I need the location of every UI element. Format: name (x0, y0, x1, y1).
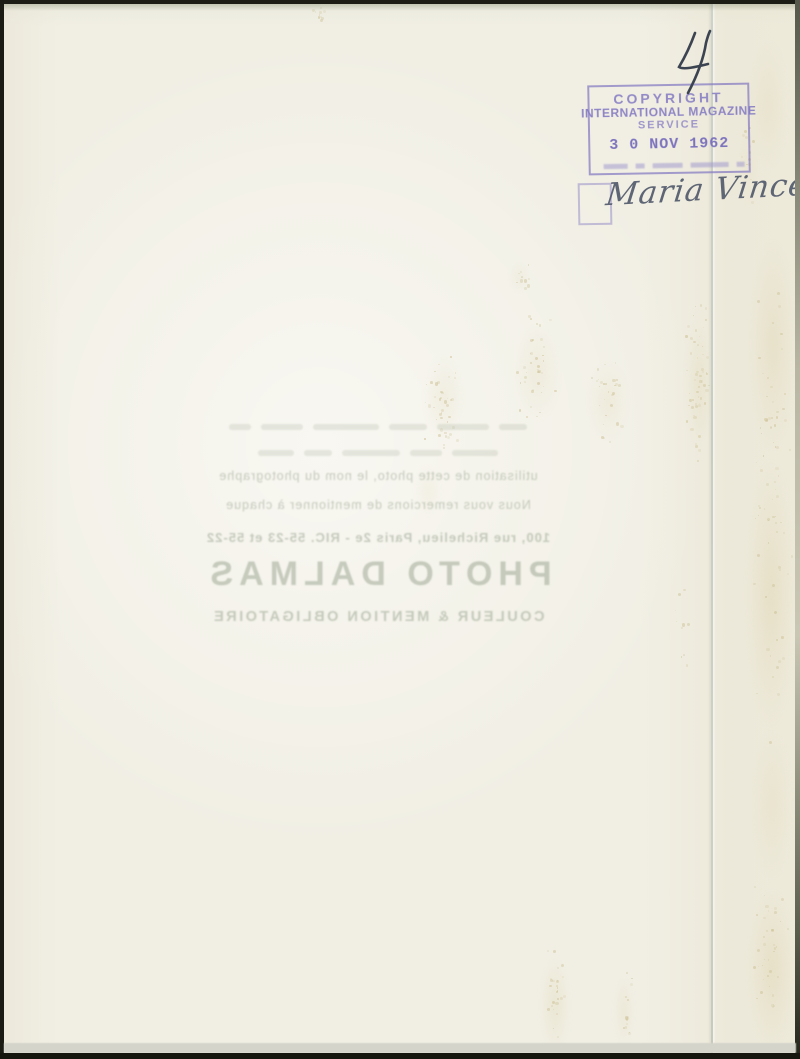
foxing-speckle (776, 446, 779, 449)
foxing-speckle (695, 329, 697, 331)
foxing-speckle (756, 998, 757, 999)
foxing-speckle (757, 554, 760, 557)
foxing-speckle (758, 966, 759, 967)
foxing-speckle (315, 11, 317, 13)
foxing-speckle (771, 929, 774, 932)
foxing-speckle (524, 381, 526, 383)
foxing-speckle (705, 307, 708, 310)
foxing-speckle (760, 427, 761, 428)
foxing-speckle (556, 991, 558, 993)
foxing-speckle (532, 339, 534, 341)
foxing-speckle (768, 417, 771, 420)
foxing-speckle (553, 950, 556, 953)
foxing-speckle (615, 362, 616, 363)
foxing-speckle (776, 666, 779, 669)
foxing-speckle (706, 372, 708, 374)
foxing-speckle (753, 966, 756, 969)
foxing-speckle (699, 380, 702, 383)
foxing-speckle (551, 1005, 552, 1006)
foxing-speckle (698, 435, 701, 438)
foxing-stain (614, 975, 634, 1047)
foxing-speckle (772, 584, 775, 587)
foxing-speckle (530, 318, 532, 320)
foxing-speckle (623, 1027, 625, 1029)
foxing-speckle (754, 886, 756, 888)
foxing-speckle (695, 306, 696, 307)
foxing-speckle (540, 338, 543, 341)
foxing-speckle (775, 522, 777, 524)
copyright-stamp: COPYRIGHT INTERNATIONAL MAGAZINE SERVICE… (587, 83, 751, 176)
foxing-speckle (757, 949, 760, 952)
foxing-speckle (693, 315, 695, 317)
foxing-speckle (770, 426, 772, 428)
foxing-speckle (596, 380, 598, 382)
foxing-speckle (528, 315, 530, 317)
foxing-speckle (553, 1028, 554, 1029)
foxing-speckle (756, 693, 758, 695)
foxing-speckle (767, 377, 769, 379)
foxing-speckle (693, 341, 696, 344)
foxing-speckle (690, 428, 693, 431)
foxing-speckle (770, 427, 772, 429)
foxing-speckle (530, 362, 532, 364)
foxing-stain (750, 240, 796, 450)
foxing-speckle (434, 371, 436, 373)
foxing-speckle (777, 976, 779, 978)
foxing-speckle (763, 936, 765, 938)
foxing-speckle (698, 449, 700, 451)
foxing-speckle (780, 522, 782, 524)
foxing-speckle (626, 1019, 628, 1021)
foxing-speckle (776, 495, 779, 498)
foxing-speckle (691, 406, 694, 409)
foxing-speckle (609, 441, 611, 443)
foxing-speckle (611, 394, 613, 396)
stamp-footer-segment (652, 163, 682, 169)
foxing-speckle (614, 385, 616, 387)
foxing-speckle (698, 396, 699, 397)
foxing-speckle (689, 399, 691, 401)
foxing-speckle (771, 417, 773, 419)
foxing-speckle (770, 386, 773, 389)
scan-border-top-shadow (0, 4, 800, 11)
foxing-speckle (752, 140, 755, 143)
foxing-speckle (764, 508, 765, 509)
foxing-speckle (626, 1023, 628, 1025)
foxing-speckle (537, 371, 540, 374)
foxing-speckle (553, 1009, 554, 1010)
foxing-speckle (701, 380, 704, 383)
foxing-speckle (435, 382, 438, 385)
foxing-speckle (450, 399, 452, 401)
foxing-speckle (530, 339, 533, 342)
foxing-speckle (320, 19, 323, 22)
foxing-speckle (543, 386, 544, 387)
foxing-speckle (704, 402, 707, 405)
foxing-speckle (591, 377, 593, 379)
photo-verso-scan: utilisation de cette photo, le nom du ph… (0, 0, 800, 1059)
foxing-speckle (537, 382, 540, 385)
foxing-speckle (775, 467, 778, 470)
foxing-speckle (771, 929, 774, 932)
foxing-speckle (771, 1004, 774, 1007)
foxing-speckle (451, 398, 454, 401)
foxing-speckle (769, 970, 772, 973)
stamp-line-service: SERVICE (590, 118, 748, 133)
foxing-speckle (705, 389, 708, 392)
foxing-speckle (773, 1005, 776, 1008)
foxing-speckle (681, 656, 683, 658)
foxing-speckle (695, 403, 697, 405)
foxing-speckle (543, 360, 545, 362)
show-through-line (200, 418, 556, 436)
foxing-speckle (695, 405, 698, 408)
scan-bottom-shadow-band (4, 1043, 796, 1053)
foxing-speckle (528, 278, 530, 280)
foxing-speckle (699, 375, 702, 378)
foxing-speckle (780, 333, 782, 335)
foxing-speckle (776, 416, 779, 419)
foxing-speckle (759, 507, 761, 509)
foxing-speckle (536, 323, 538, 325)
foxing-speckle (450, 356, 451, 357)
show-through-line: Nous vous remercions de mentionner à cha… (200, 498, 556, 512)
foxing-stain (510, 262, 528, 292)
foxing-speckle (780, 921, 781, 922)
foxing-speckle (778, 660, 781, 663)
foxing-speckle (705, 319, 707, 321)
foxing-speckle (537, 369, 539, 371)
foxing-stain (540, 955, 570, 1055)
foxing-speckle (603, 383, 605, 385)
show-through-blur-segment (452, 450, 498, 456)
foxing-speckle (772, 516, 774, 518)
foxing-speckle (774, 611, 777, 614)
foxing-speckle (612, 379, 615, 382)
foxing-speckle (541, 372, 543, 374)
foxing-speckle (556, 980, 559, 983)
foxing-speckle (763, 943, 766, 946)
scan-border-right (795, 0, 800, 1059)
foxing-stain (588, 362, 628, 440)
foxing-speckle (768, 542, 770, 544)
foxing-speckle (616, 422, 619, 425)
foxing-speckle (703, 384, 705, 386)
foxing-speckle (598, 379, 599, 380)
foxing-speckle (772, 994, 775, 997)
foxing-speckle (521, 276, 523, 278)
foxing-speckle (772, 499, 773, 500)
foxing-speckle (764, 895, 766, 897)
foxing-stain (746, 460, 796, 730)
foxing-speckle (689, 393, 690, 394)
foxing-speckle (698, 386, 700, 388)
foxing-speckle (768, 520, 769, 521)
foxing-speckle (692, 399, 695, 402)
foxing-speckle (773, 951, 775, 953)
foxing-stain (752, 730, 792, 880)
foxing-speckle (319, 14, 320, 15)
foxing-speckle (775, 516, 776, 517)
foxing-speckle (690, 337, 693, 340)
foxing-speckle (605, 415, 606, 416)
foxing-speckle (605, 383, 607, 385)
foxing-speckle (557, 990, 558, 991)
foxing-speckle (549, 985, 552, 988)
foxing-speckle (695, 373, 698, 376)
foxing-speckle (531, 390, 533, 392)
foxing-speckle (530, 352, 533, 355)
foxing-speckle (702, 371, 704, 373)
date-stamp: 3 0 NOV 1962 (590, 135, 748, 155)
foxing-speckle (774, 947, 777, 950)
foxing-speckle (563, 995, 566, 998)
foxing-speckle (768, 910, 770, 912)
foxing-speckle (627, 1016, 629, 1018)
foxing-speckle (766, 419, 768, 421)
foxing-speckle (700, 397, 703, 400)
foxing-speckle (769, 741, 772, 744)
foxing-speckle (696, 371, 699, 374)
foxing-speckle (556, 985, 558, 987)
foxing-speckle (758, 505, 760, 507)
foxing-speckle (699, 336, 700, 337)
foxing-speckle (784, 419, 787, 422)
show-through-blur-segment (261, 424, 303, 430)
foxing-speckle (702, 346, 703, 347)
foxing-speckle (686, 420, 688, 422)
foxing-speckle (695, 445, 698, 448)
foxing-speckle (448, 376, 450, 378)
foxing-speckle (761, 433, 762, 434)
foxing-speckle (530, 353, 531, 354)
foxing-speckle (791, 555, 793, 557)
foxing-speckle (455, 372, 457, 374)
foxing-speckle (753, 583, 756, 586)
foxing-speckle (524, 287, 527, 290)
foxing-speckle (539, 324, 541, 326)
foxing-speckle (557, 998, 559, 1000)
foxing-speckle (618, 384, 621, 387)
foxing-speckle (425, 402, 426, 403)
foxing-speckle (603, 424, 604, 425)
foxing-speckle (516, 282, 517, 283)
foxing-speckle (681, 627, 683, 629)
foxing-speckle (620, 425, 623, 428)
show-through-blur-segment (437, 424, 489, 430)
foxing-speckle (688, 405, 690, 407)
handwritten-numeral-4 (672, 26, 720, 96)
foxing-speckle (631, 978, 633, 980)
foxing-speckle (763, 917, 766, 920)
foxing-speckle (781, 348, 783, 350)
foxing-speckle (554, 390, 556, 392)
foxing-speckle (597, 368, 600, 371)
foxing-speckle (627, 999, 629, 1001)
foxing-speckle (763, 455, 764, 456)
foxing-speckle (777, 292, 780, 295)
foxing-speckle (778, 566, 781, 569)
foxing-speckle (777, 693, 780, 696)
foxing-speckle (695, 443, 696, 444)
foxing-speckle (687, 623, 690, 626)
foxing-speckle (625, 1016, 628, 1019)
scan-border-bottom (0, 1053, 800, 1059)
foxing-speckle (527, 284, 530, 287)
foxing-speckle (610, 404, 613, 407)
show-through-line: utilisation de cette photo, le nom du ph… (200, 469, 556, 483)
foxing-speckle (678, 593, 681, 596)
foxing-speckle (782, 408, 784, 410)
foxing-speckle (599, 386, 600, 387)
foxing-speckle (774, 424, 777, 427)
foxing-speckle (768, 959, 769, 960)
foxing-speckle (438, 364, 440, 366)
foxing-speckle (599, 405, 600, 406)
foxing-speckle (683, 589, 685, 591)
foxing-speckle (518, 273, 520, 275)
foxing-speckle (552, 1001, 555, 1004)
foxing-speckle (776, 946, 778, 948)
foxing-speckle (694, 379, 696, 381)
foxing-speckle (444, 400, 447, 403)
foxing-speckle (765, 905, 768, 908)
show-through-blur-segment (499, 424, 527, 430)
foxing-speckle (767, 518, 770, 521)
foxing-speckle (702, 354, 704, 356)
foxing-speckle (626, 972, 628, 974)
foxing-speckle (773, 944, 775, 946)
foxing-speckle (765, 420, 767, 422)
show-through-line (200, 444, 556, 462)
show-through-blur-segment (389, 424, 427, 430)
foxing-speckle (708, 385, 710, 387)
show-through-blur-segment (258, 450, 294, 456)
foxing-speckle (781, 636, 784, 639)
foxing-speckle (628, 1032, 631, 1035)
foxing-speckle (426, 384, 427, 385)
foxing-speckle (762, 373, 763, 374)
foxing-speckle (774, 907, 777, 910)
foxing-speckle (772, 401, 774, 403)
foxing-speckle (608, 391, 609, 392)
show-through-line: COULEUR & MENTION OBLIGATOIRE (200, 609, 556, 625)
foxing-speckle (776, 531, 778, 533)
foxing-speckle (687, 325, 690, 328)
foxing-speckle (542, 355, 543, 356)
foxing-speckle (526, 372, 527, 373)
foxing-speckle (434, 396, 436, 398)
foxing-speckle (770, 655, 771, 656)
foxing-speckle (320, 16, 322, 18)
foxing-speckle (697, 357, 699, 359)
foxing-speckle (685, 335, 687, 337)
show-through-line: PHOTO DALMAS (200, 555, 556, 594)
show-through-blur-segment (313, 424, 379, 430)
foxing-speckle (616, 379, 618, 381)
foxing-speckle (547, 1008, 550, 1011)
foxing-speckle (319, 11, 322, 14)
foxing-speckle (520, 271, 522, 273)
foxing-speckle (758, 357, 761, 360)
foxing-speckle (528, 264, 529, 265)
foxing-speckle (318, 16, 320, 18)
foxing-speckle (682, 623, 685, 626)
foxing-speckle (601, 436, 604, 439)
foxing-speckle (774, 911, 777, 914)
foxing-speckle (560, 997, 562, 999)
foxing-speckle (557, 980, 559, 982)
stamp-footer-segment (635, 164, 644, 169)
stamp-footer-segment (690, 162, 728, 168)
foxing-speckle (772, 1006, 774, 1008)
foxing-speckle (781, 898, 784, 901)
foxing-speckle (557, 1036, 559, 1038)
foxing-speckle (561, 964, 564, 967)
foxing-speckle (600, 381, 603, 384)
foxing-speckle (693, 415, 695, 417)
foxing-speckle (441, 392, 443, 394)
foxing-speckle (437, 381, 440, 384)
foxing-speckle (783, 532, 785, 534)
foxing-speckle (698, 404, 701, 407)
foxing-speckle (550, 979, 553, 982)
foxing-speckle (760, 469, 763, 472)
foxing-speckle (520, 279, 523, 282)
foxing-speckle (523, 366, 526, 369)
show-through-line: 100, rue Richelieu, Paris 2e - RIC. 55-2… (200, 530, 556, 545)
foxing-speckle (557, 967, 559, 969)
foxing-speckle (766, 648, 769, 651)
foxing-speckle (703, 327, 704, 328)
foxing-speckle (538, 370, 541, 373)
foxing-speckle (604, 364, 605, 365)
foxing-speckle (764, 418, 767, 421)
foxing-speckle (524, 279, 527, 282)
foxing-speckle (541, 392, 542, 393)
foxing-speckle (686, 664, 689, 667)
foxing-speckle (766, 396, 767, 397)
foxing-speckle (787, 928, 788, 929)
foxing-speckle (629, 1032, 630, 1033)
foxing-speckle (550, 978, 552, 980)
foxing-speckle (755, 518, 756, 519)
foxing-speckle (454, 377, 456, 379)
foxing-speckle (782, 657, 785, 660)
foxing-speckle (773, 1004, 774, 1005)
show-through-blur-segment (410, 450, 442, 456)
foxing-speckle (778, 305, 781, 308)
foxing-speckle (321, 17, 324, 20)
foxing-speckle (552, 980, 554, 982)
foxing-speckle (676, 621, 677, 622)
show-through-blur-segment (229, 424, 251, 430)
foxing-speckle (766, 483, 769, 486)
foxing-speckle (686, 370, 687, 371)
foxing-speckle (757, 300, 760, 303)
foxing-stain (686, 320, 712, 450)
foxing-speckle (706, 356, 709, 359)
foxing-speckle (693, 416, 696, 419)
foxing-speckle (537, 365, 540, 368)
foxing-speckle (625, 1026, 627, 1028)
show-through-agency-stamp: utilisation de cette photo, le nom du ph… (200, 405, 556, 655)
foxing-speckle (430, 381, 433, 384)
foxing-speckle (549, 319, 552, 322)
foxing-speckle (784, 393, 786, 395)
foxing-speckle (700, 304, 702, 306)
foxing-speckle (697, 344, 699, 346)
